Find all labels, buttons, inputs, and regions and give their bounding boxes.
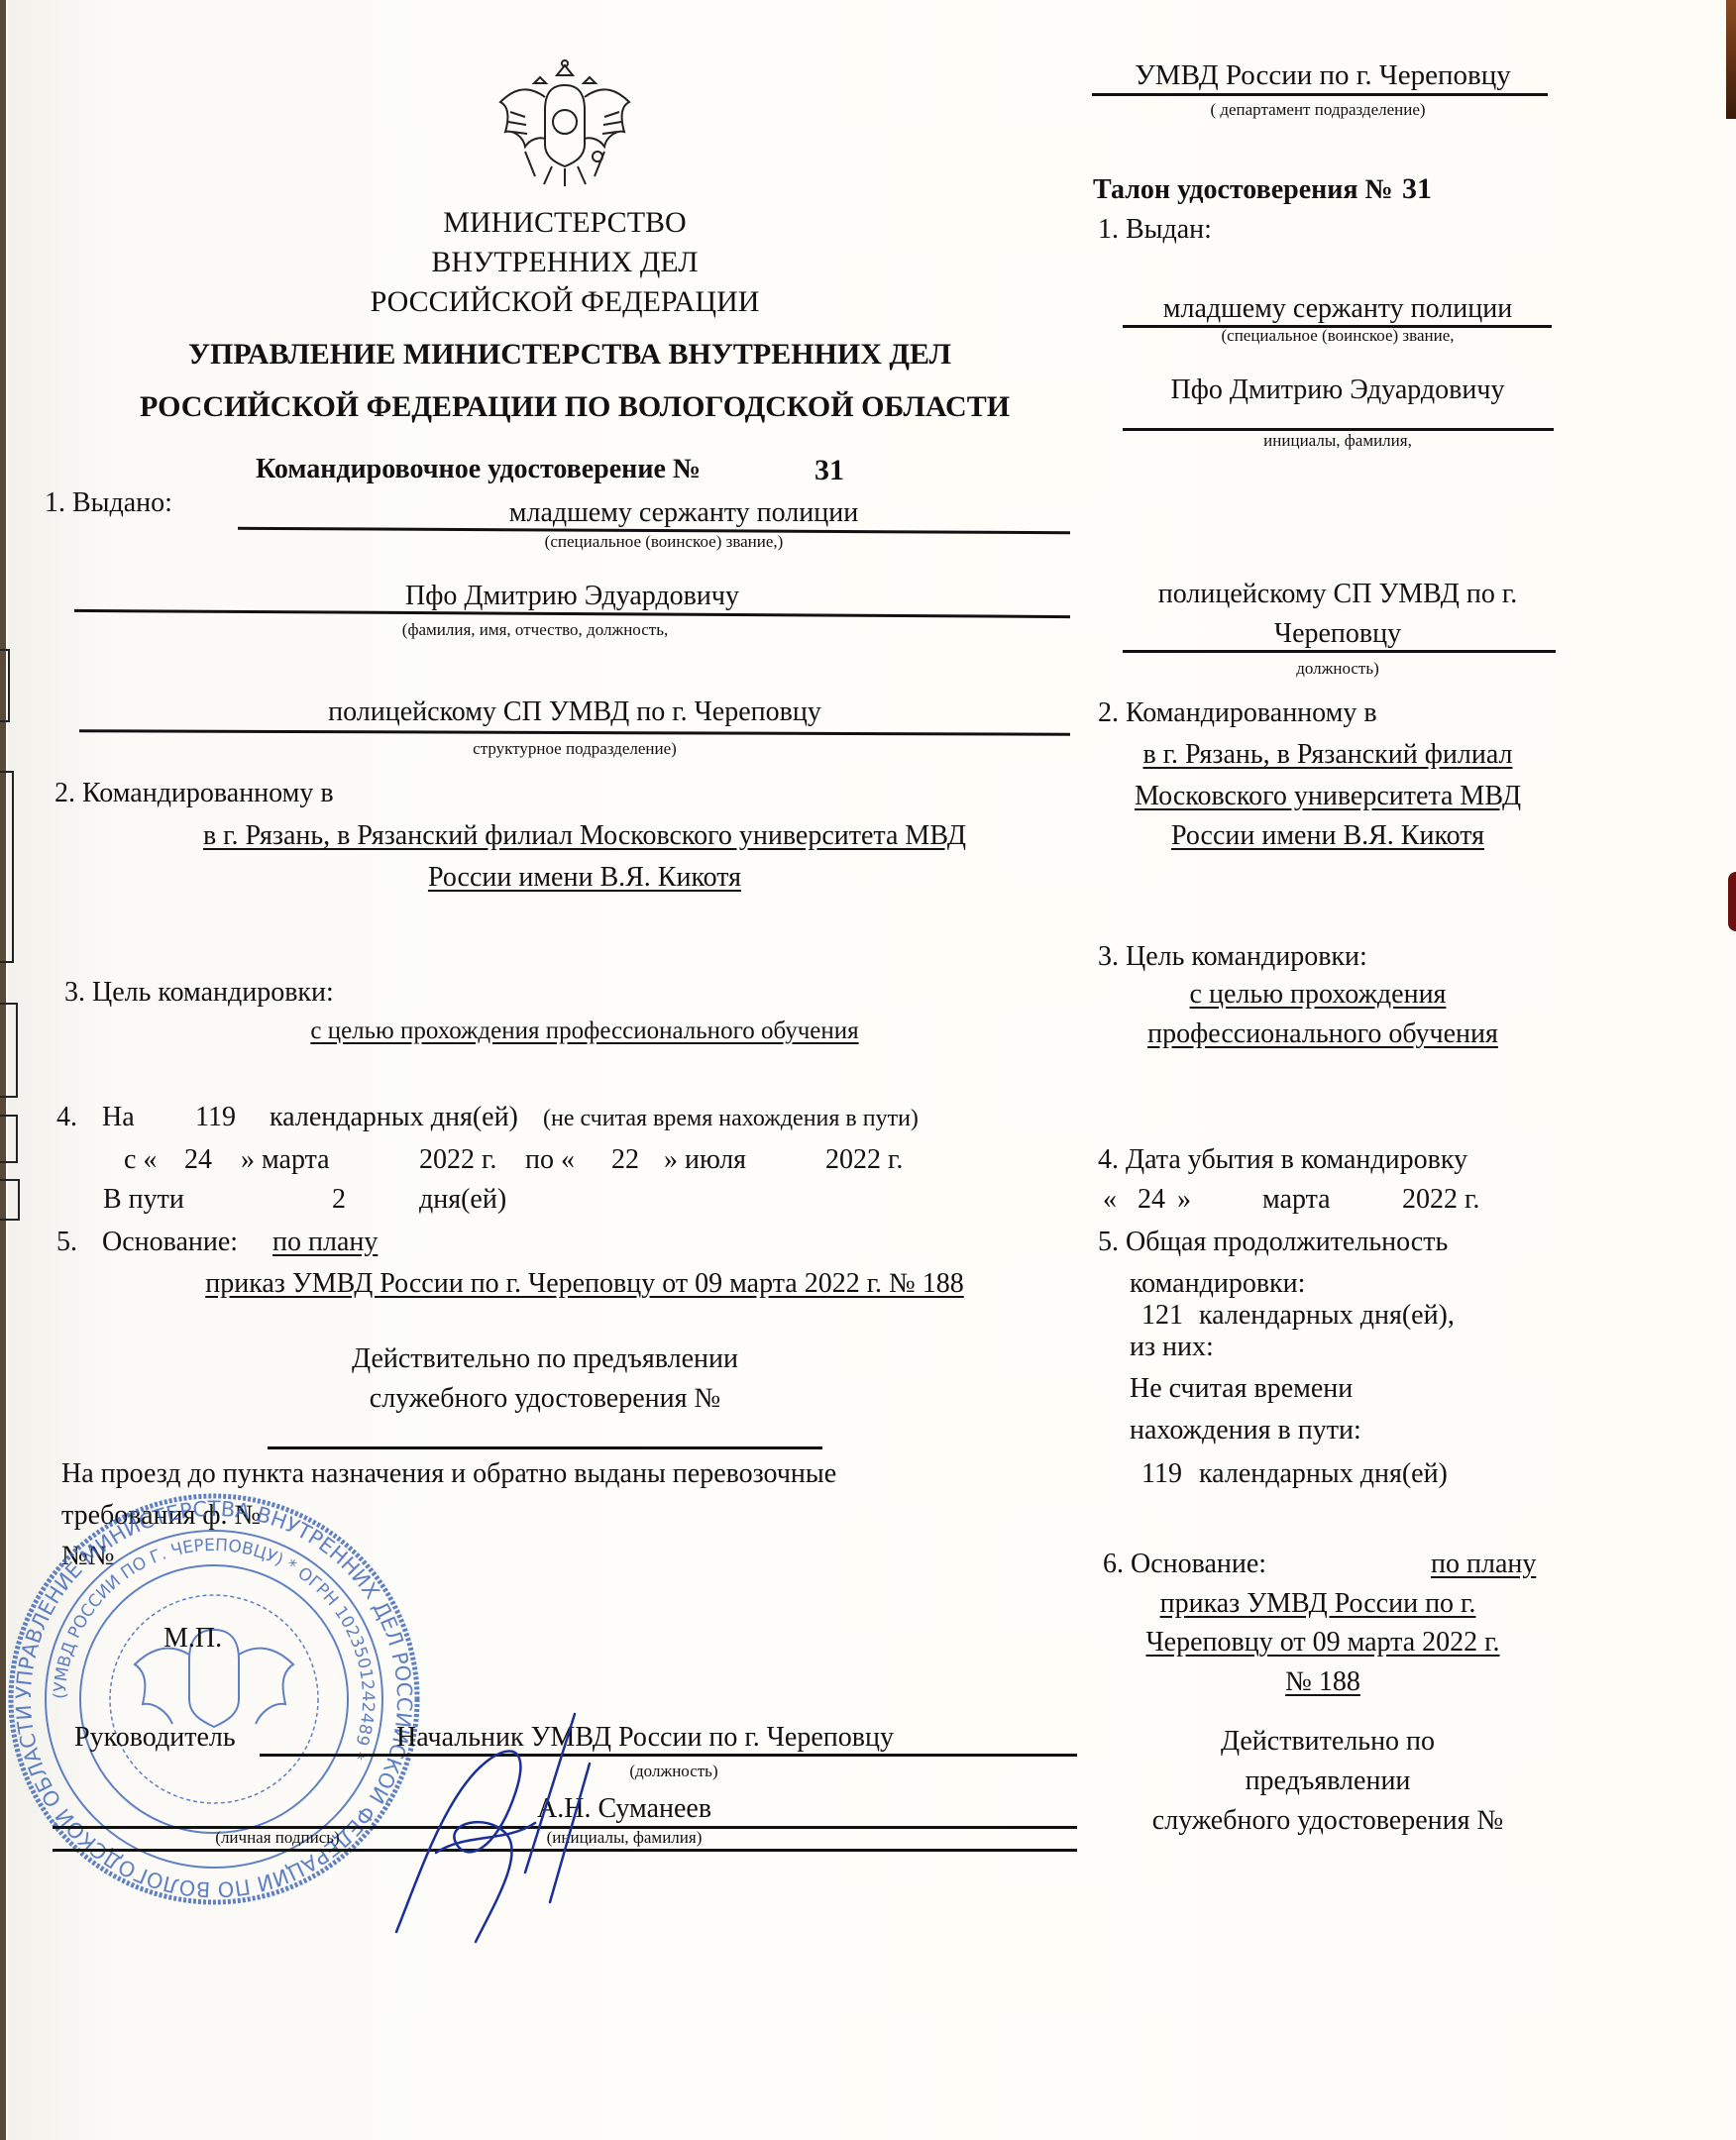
stub-valid-line-3: служебного удостоверения № <box>1130 1807 1526 1835</box>
stub-department-underline <box>1092 93 1548 96</box>
stub-basis-plan: по плану <box>1431 1551 1536 1578</box>
stub-valid-line-2: предъявлении <box>1209 1767 1447 1795</box>
stub-excl-line-2: нахождения в пути: <box>1130 1417 1361 1444</box>
stub-total-days-text: календарных дня(ей), <box>1199 1302 1455 1330</box>
handwritten-signature-icon <box>377 1704 644 1952</box>
head-label: Руководитель <box>74 1724 236 1752</box>
from-day: 24 <box>184 1146 212 1174</box>
stub-duration-label: 5. Общая продолжительность <box>1098 1229 1448 1256</box>
margin-table-cell <box>0 649 10 722</box>
margin-table-cell <box>0 1003 18 1098</box>
stub-rank: младшему сержанту полиции <box>1125 295 1551 323</box>
travel-days: 2 <box>332 1186 346 1214</box>
stub-department-caption: ( департамент подразделение) <box>1169 101 1466 118</box>
stub-of-them: из них: <box>1130 1334 1214 1361</box>
from-year: 2022 г. <box>419 1146 496 1174</box>
directorate-line-2: РОССИЙСКОЙ ФЕДЕРАЦИИ ПО ВОЛОГОДСКОЙ ОБЛА… <box>79 392 1070 422</box>
stub-department: УМВД России по г. Череповцу <box>1095 61 1551 90</box>
stub-position-caption: должность) <box>1239 660 1437 677</box>
seal-label: М.П. <box>163 1625 222 1653</box>
purpose-field: с целью прохождения профессионального об… <box>248 1018 922 1043</box>
destination-line-2: России имени В.Я. Кикотя <box>337 864 832 892</box>
stub-total-days: 121 <box>1141 1302 1183 1330</box>
basis-plan: по плану <box>272 1229 378 1256</box>
stub-position-line-2: Череповцу <box>1189 620 1486 648</box>
item4-number: 4. <box>56 1104 77 1131</box>
stub-position-line-1: полицейскому СП УМВД по г. <box>1120 581 1556 608</box>
margin-table-cell <box>0 1115 18 1163</box>
travel-unit: дня(ей) <box>419 1186 506 1214</box>
to-day: 22 <box>611 1146 639 1174</box>
stub-issued-label: 1. Выдан: <box>1098 216 1212 244</box>
issued-to-label: 1. Выдано: <box>45 489 172 517</box>
stub-depart-close: » <box>1177 1186 1191 1214</box>
certificate-title: Командировочное удостоверение № <box>256 456 701 483</box>
destination-line-1: в г. Рязань, в Рязанский филиал Московск… <box>139 822 1031 850</box>
valid-line-2: служебного удостоверения № <box>248 1385 842 1413</box>
from-prefix: с « <box>124 1146 157 1174</box>
stub-depart-open: « <box>1103 1186 1117 1214</box>
id-number-underline <box>268 1446 822 1449</box>
stub-number: 31 <box>1402 174 1432 204</box>
stub-basis-line-1: приказ УМВД России по г. <box>1149 1590 1486 1618</box>
signature-caption: (личная подпись) <box>188 1829 367 1846</box>
transport-line-1: На проезд до пункта назначения и обратно… <box>61 1460 836 1488</box>
to-year: 2022 г. <box>825 1146 903 1174</box>
item5-number: 5. <box>56 1229 77 1256</box>
unit-field: полицейскому СП УМВД по г. Череповцу <box>79 698 1070 726</box>
to-month: » июля <box>664 1146 746 1174</box>
stub-excl-days: 119 <box>1141 1460 1182 1488</box>
directorate-line-1: УПРАВЛЕНИЕ МИНИСТЕРСТВА ВНУТРЕННИХ ДЕЛ <box>99 340 1040 370</box>
stub-depart-month: марта <box>1262 1186 1331 1214</box>
page-edge-right <box>1726 0 1736 119</box>
valid-line-1: Действительно по предъявлении <box>248 1345 842 1373</box>
stub-departure-label: 4. Дата убытия в командировку <box>1098 1146 1467 1174</box>
to-prefix: по « <box>525 1146 575 1174</box>
travel-label: В пути <box>103 1186 184 1214</box>
ministry-line-3: РОССИЙСКОЙ ФЕДЕРАЦИИ <box>268 287 862 317</box>
stub-excl-line-1: Не считая времени <box>1130 1375 1353 1403</box>
stub-name: Пфо Дмитрию Эдуардовичу <box>1125 376 1551 404</box>
stub-position-underline <box>1123 650 1556 653</box>
sent-to-label: 2. Командированному в <box>54 780 334 807</box>
days-text: календарных дня(ей) <box>270 1104 518 1131</box>
margin-table-cell <box>0 1179 20 1221</box>
stub-destination-line-1: в г. Рязань, в Рязанский филиал <box>1105 741 1551 769</box>
stub-duration-label-2: командировки: <box>1130 1270 1305 1298</box>
rank-caption: (специальное (воинское) звание,) <box>357 533 971 550</box>
stub-name-caption: инициалы, фамилия, <box>1189 432 1486 449</box>
stub-destination-line-3: России имени В.Я. Кикотя <box>1130 822 1526 850</box>
stub-purpose-line-2: профессионального обучения <box>1120 1020 1526 1048</box>
days-note: (не считая время нахождения в пути) <box>543 1107 919 1130</box>
stub-valid-line-1: Действительно по <box>1189 1728 1466 1756</box>
basis-order: приказ УМВД России по г. Череповцу от 09… <box>149 1270 1021 1298</box>
stub-destination-line-2: Московского университета МВД <box>1100 783 1556 810</box>
ministry-line-1: МИНИСТЕРСТВО <box>317 208 813 238</box>
stub-title: Талон удостоверения № <box>1093 176 1393 204</box>
stub-purpose-line-1: с целью прохождения <box>1149 981 1486 1009</box>
unit-caption: структурное подразделение) <box>377 740 773 757</box>
days-count: 119 <box>195 1104 236 1131</box>
from-month: » марта <box>241 1146 330 1174</box>
ministry-line-2: ВНУТРЕННИХ ДЕЛ <box>317 248 813 277</box>
item4-on: На <box>102 1104 135 1131</box>
purpose-label: 3. Цель командировки: <box>64 979 334 1007</box>
stub-sent-label: 2. Командированному в <box>1098 699 1377 727</box>
stub-excl-days-text: календарных дня(ей) <box>1199 1460 1448 1488</box>
stub-depart-day: 24 <box>1138 1186 1165 1214</box>
name-caption: (фамилия, имя, отчество, должность, <box>297 621 773 638</box>
stub-basis-line-2: Череповцу от 09 марта 2022 г. <box>1130 1629 1516 1657</box>
certificate-number: 31 <box>814 456 844 485</box>
margin-table-cell <box>0 771 14 963</box>
stub-basis-line-3: № 188 <box>1258 1668 1387 1696</box>
stub-purpose-label: 3. Цель командировки: <box>1098 943 1367 971</box>
page-edge-right-mark <box>1728 872 1736 931</box>
stub-rank-caption: (специальное (воинское) звание, <box>1169 327 1506 344</box>
coat-of-arms-emblem-icon <box>490 57 639 191</box>
stub-basis-label: 6. Основание: <box>1103 1551 1266 1578</box>
rank-field: младшему сержанту полиции <box>238 499 1130 527</box>
stub-depart-year: 2022 г. <box>1402 1186 1479 1214</box>
basis-label: Основание: <box>102 1229 238 1256</box>
name-field: Пфо Дмитрию Эдуардовичу <box>74 583 1070 610</box>
